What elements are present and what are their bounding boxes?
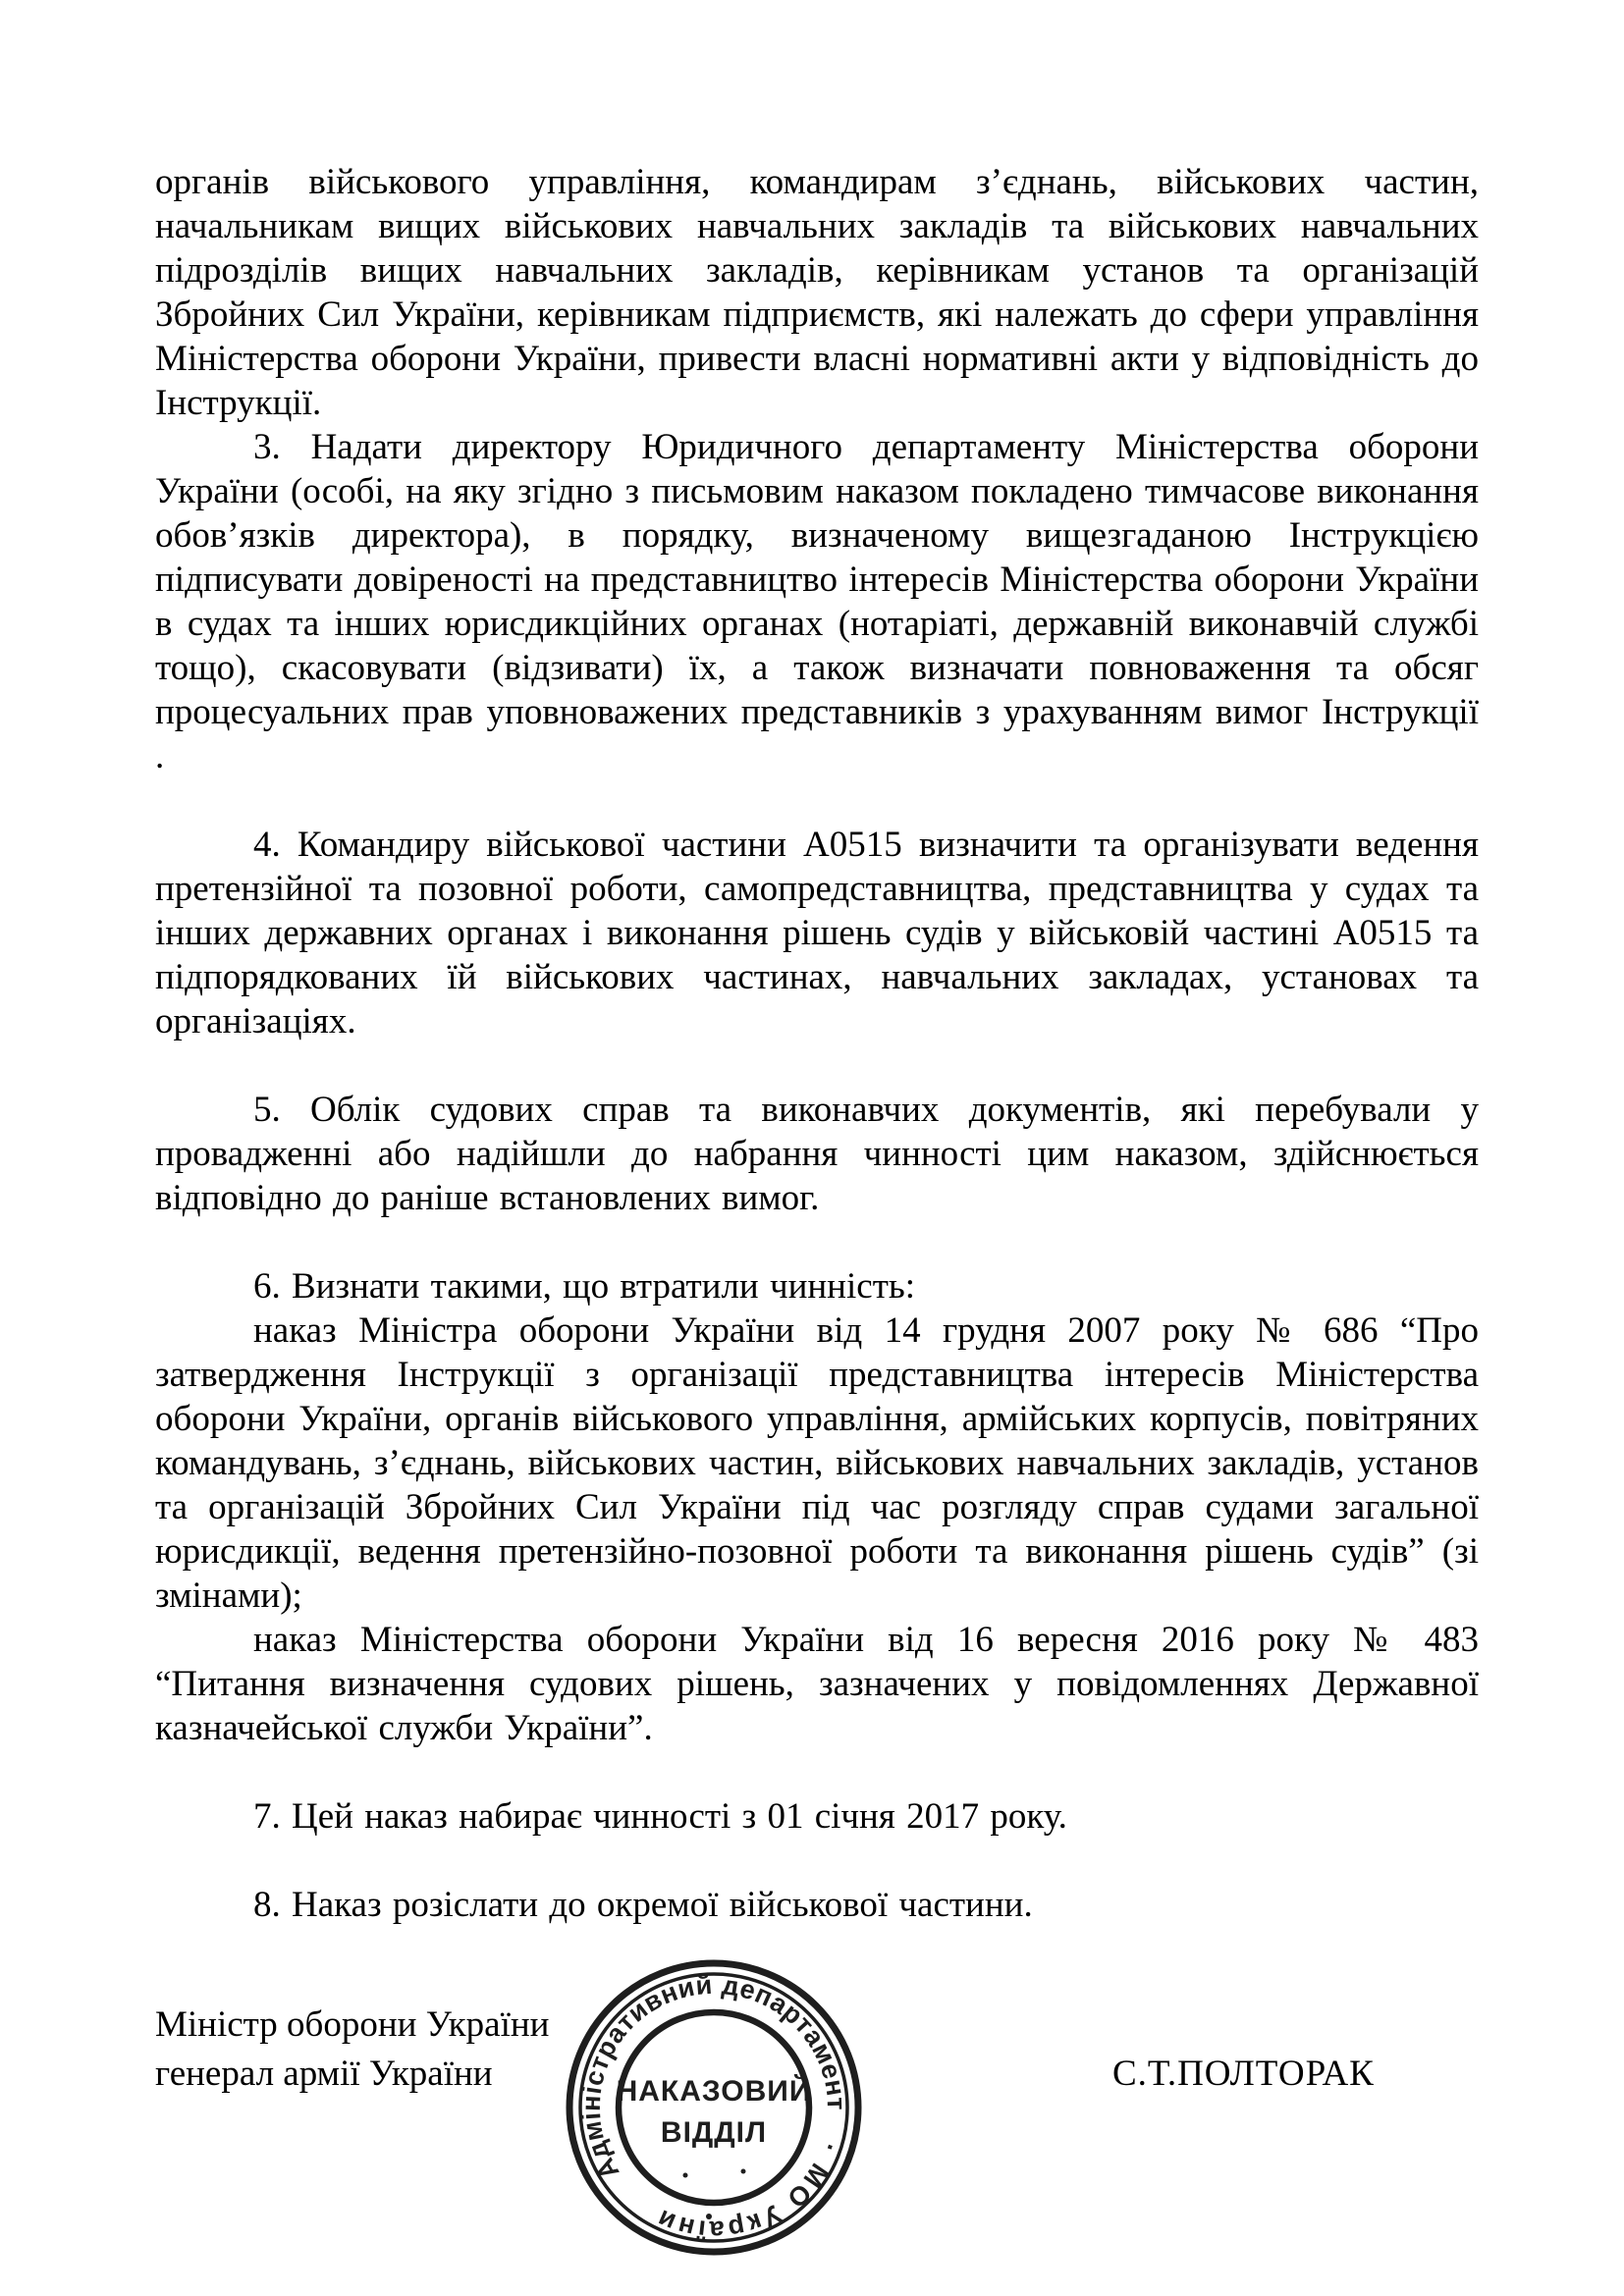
paragraph-continuation: органів військового управління, командир… [155, 160, 1479, 425]
paragraph-point-7: 7. Цей наказ набирає чинності з 01 січня… [155, 1794, 1479, 1839]
signatory-name: С.Т.ПОЛТОРАК [1112, 2050, 1375, 2099]
paragraph-point-8: 8. Наказ розіслати до окремої військової… [155, 1883, 1479, 1927]
order-body-text: органів військового управління, командир… [155, 160, 1479, 1927]
paragraph-point-6-item-1: наказ Міністра оборони України від 14 гр… [155, 1308, 1479, 1618]
paragraph-point-4: 4. Командиру військової частини А0515 ви… [155, 823, 1479, 1043]
paragraph-point-3: 3. Надати директору Юридичного департаме… [155, 425, 1479, 778]
stamp-inner-ring [619, 2012, 809, 2203]
stamp-ink-dot [741, 2169, 746, 2174]
signatory-title-line2: генерал армії України [155, 2050, 549, 2099]
signatory-title: Міністр оборони України генерал армії Ук… [155, 2001, 549, 2099]
scanned-order-page: органів військового управління, командир… [0, 0, 1624, 2296]
signatory-title-line1: Міністр оборони України [155, 2001, 549, 2050]
paragraph-point-6: 6. Визнати такими, що втратили чинність: [155, 1264, 1479, 1308]
stamp-ink-dot [683, 2173, 688, 2178]
official-round-stamp: Адміністративний департамент · МО Україн… [562, 1955, 866, 2260]
stamp-center-line2: ВІДДІЛ [661, 2116, 767, 2149]
stamp-center-line1: НАКАЗОВИЙ [617, 2074, 812, 2108]
stamp-ink-dot [706, 2214, 712, 2219]
paragraph-point-5: 5. Облік судових справ та виконавчих док… [155, 1088, 1479, 1220]
paragraph-point-6-item-2: наказ Міністерства оборони України від 1… [155, 1618, 1479, 1750]
stamp-ring-text-bottom: · МО України [651, 2139, 845, 2245]
stamp-outer-ring [569, 1963, 858, 2252]
